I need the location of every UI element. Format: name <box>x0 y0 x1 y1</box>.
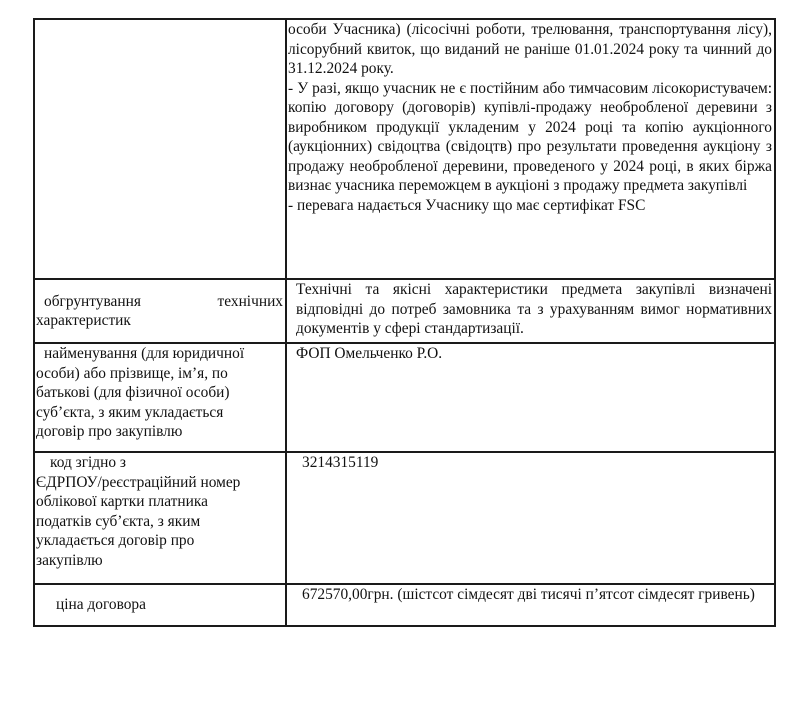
technical-justification-text: Технічні та якісні характеристики предме… <box>288 280 772 339</box>
contract-price-value: 672570,00грн. (шістсот сімдесят дві тися… <box>286 584 775 626</box>
participant-requirements-cell: особи Учасника) (лісосічні роботи, трелю… <box>286 19 775 279</box>
edrpou-code-label-line: ЄДРПОУ/реєстраційний номер <box>36 473 283 493</box>
table-row: обгрунтування технічниххарактеристик Тех… <box>34 279 775 343</box>
edrpou-code-label-line: закупівлю <box>36 551 283 571</box>
contract-price-text: 672570,00грн. (шістсот сімдесят дві тися… <box>288 585 772 605</box>
table-row: найменування (для юридичної особи) або п… <box>34 343 775 452</box>
counterparty-name-label-line: батькові (для фізичної особи) <box>36 383 283 403</box>
edrpou-code-label-line: укладається договір про <box>36 531 283 551</box>
technical-justification-label: обгрунтування технічниххарактеристик <box>34 279 286 343</box>
edrpou-code-text: 3214315119 <box>288 453 772 473</box>
technical-justification-label-line: характеристик <box>36 311 283 331</box>
edrpou-code-label-line: облікової картки платника <box>36 492 283 512</box>
technical-justification-label-line: обгрунтування технічних <box>36 292 283 312</box>
contract-price-label-text: ціна договора <box>36 596 146 613</box>
counterparty-name-label-line: найменування (для юридичної <box>36 344 283 364</box>
procurement-info-table: особи Учасника) (лісосічні роботи, трелю… <box>33 18 776 627</box>
edrpou-code-label: код згідно з ЄДРПОУ/реєстраційний номер … <box>34 452 286 584</box>
counterparty-name-label: найменування (для юридичної особи) або п… <box>34 343 286 452</box>
table-row: ціна договора 672570,00грн. (шістсот сім… <box>34 584 775 626</box>
requirements-paragraph-fsc-preference: - перевага надається Учаснику що має сер… <box>288 196 772 216</box>
contract-price-label: ціна договора <box>34 584 286 626</box>
edrpou-code-label-line: код згідно з <box>36 453 283 473</box>
requirements-paragraph-forest-ticket: особи Учасника) (лісосічні роботи, трелю… <box>288 20 772 79</box>
counterparty-name-text: ФОП Омельченко Р.О. <box>288 344 772 364</box>
edrpou-code-value: 3214315119 <box>286 452 775 584</box>
table-row: код згідно з ЄДРПОУ/реєстраційний номер … <box>34 452 775 584</box>
row-label-empty <box>34 19 286 279</box>
technical-justification-value: Технічні та якісні характеристики предме… <box>286 279 775 343</box>
counterparty-name-value: ФОП Омельченко Р.О. <box>286 343 775 452</box>
counterparty-name-label-line: договір про закупівлю <box>36 422 283 442</box>
requirements-paragraph-non-forest-user: - У разі, якщо учасник не є постійним аб… <box>288 79 772 196</box>
table-row: особи Учасника) (лісосічні роботи, трелю… <box>34 19 775 279</box>
counterparty-name-label-line: суб’єкта, з яким укладається <box>36 403 283 423</box>
edrpou-code-label-line: податків суб’єкта, з яким <box>36 512 283 532</box>
counterparty-name-label-line: особи) або прізвище, ім’я, по <box>36 364 283 384</box>
